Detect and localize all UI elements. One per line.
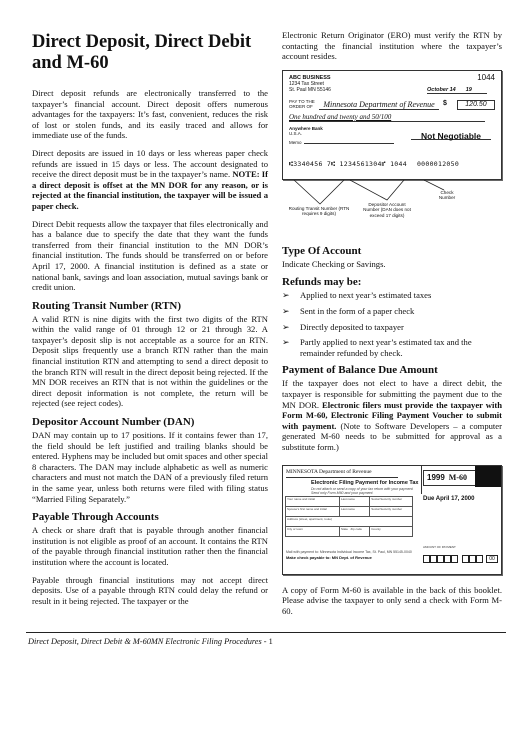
type-of-account-text: Indicate Checking or Savings.: [282, 259, 502, 270]
list-item: ➢Directly deposited to taxpayer: [282, 322, 502, 333]
check-bank: Anywhere BankU.S.A.: [289, 126, 323, 137]
form-title: Electronic Filing Payment for Income Tax: [311, 480, 418, 486]
arrow-bullet-icon: ➢: [282, 322, 290, 333]
micr-line: ⑆3340456 7⑆ 1234561304⑈ 10440000012050: [289, 161, 459, 167]
closing-paragraph: A copy of Form M-60 is available in the …: [282, 585, 502, 617]
rtn-heading: Routing Transit Number (RTN): [32, 300, 268, 313]
payable-paragraph-1: A check or share draft that is payable t…: [32, 525, 268, 567]
page-footer: Direct Deposit, Direct Debit & M-60MN El…: [28, 637, 273, 646]
form-year-box: 1999M-60: [423, 470, 476, 486]
left-column: Direct Deposit, Direct Debit and M-60 Di…: [32, 30, 268, 613]
debit-paragraph: Direct Debit requests allow the taxpayer…: [32, 219, 268, 293]
not-negotiable: Not Negotiable: [411, 133, 491, 140]
dan-callout-label: Depositor Account Number (DAN does not e…: [362, 202, 412, 219]
list-item: ➢Sent in the form of a paper check: [282, 306, 502, 317]
form-mail-line: Mail with payment to: Minnesota Individu…: [286, 550, 412, 554]
form-due-date: Due April 17, 2000: [423, 496, 474, 502]
balance-due-heading: Payment of Balance Due Amount: [282, 364, 502, 377]
dan-heading: Depositor Account Number (DAN): [32, 416, 268, 429]
pay-to-label: PAY TO THEORDER OF: [289, 99, 315, 109]
form-department: MINNESOTA Department of Revenue: [286, 469, 372, 475]
form-m60-sample: MINNESOTA Department of Revenue Electron…: [282, 465, 502, 575]
check-amount: 120.50: [457, 100, 495, 110]
page-title: Direct Deposit, Direct Debit and M-60: [32, 32, 268, 74]
arrow-bullet-icon: ➢: [282, 337, 290, 348]
form-payable-line: Make check payable to: MN Dept. of Reven…: [286, 555, 372, 560]
dan-paragraph: DAN may contain up to 17 positions. If i…: [32, 430, 268, 504]
arrow-bullet-icon: ➢: [282, 290, 290, 301]
right-column: Electronic Return Originator (ERO) must …: [282, 30, 502, 623]
refunds-heading: Refunds may be:: [282, 276, 502, 289]
check-number-callout-label: Check Number: [432, 190, 462, 201]
balance-due-paragraph: If the taxpayer does not elect to have a…: [282, 378, 502, 452]
form-black-box: [475, 466, 501, 487]
sample-check: ABC BUSINESS 1234 Tax Street St. Paul MN…: [282, 70, 502, 180]
list-item: ➢Applied to next year’s estimated taxes: [282, 290, 502, 301]
amount-of-payment-label: AMOUNT OF PAYMENT: [423, 545, 456, 549]
form-subtitle: Do not attach or send a copy of your tax…: [311, 487, 414, 495]
check-number: 1044: [477, 75, 495, 81]
arrow-bullet-icon: ➢: [282, 306, 290, 317]
amount-boxes: 00: [423, 555, 498, 563]
form-fields-table: Your name and initialLast nameSocial Sec…: [285, 496, 413, 537]
page-number: 1: [269, 637, 273, 646]
rtn-callout-label: Routing Transit Number (RTN requires 9 d…: [284, 206, 354, 217]
refunds-list: ➢Applied to next year’s estimated taxes …: [282, 290, 502, 358]
footer-rule: [26, 632, 506, 633]
cents-box: 00: [486, 555, 498, 563]
check-callouts: Routing Transit Number (RTN requires 9 d…: [282, 180, 502, 245]
type-of-account-heading: Type Of Account: [282, 245, 502, 258]
list-item: ➢Partly applied to next year’s estimated…: [282, 337, 502, 358]
rtn-paragraph: A valid RTN is nine digits with the firs…: [32, 314, 268, 409]
check-payee: Minnesota Department of Revenue: [319, 100, 439, 110]
payable-heading: Payable Through Accounts: [32, 511, 268, 524]
check-date: October 1419: [427, 87, 487, 94]
dollar-sign: $: [443, 101, 447, 107]
intro-paragraph: Direct deposit refunds are electronicall…: [32, 88, 268, 141]
check-amount-words: One hundred and twenty and 50/100: [289, 113, 485, 122]
payable-paragraph-2: Payable through financial institutions m…: [32, 575, 268, 607]
issued-paragraph: Direct deposits are issued in 10 days or…: [32, 148, 268, 212]
ero-paragraph: Electronic Return Originator (ERO) must …: [282, 30, 502, 62]
check-memo: Memo: [289, 140, 394, 146]
